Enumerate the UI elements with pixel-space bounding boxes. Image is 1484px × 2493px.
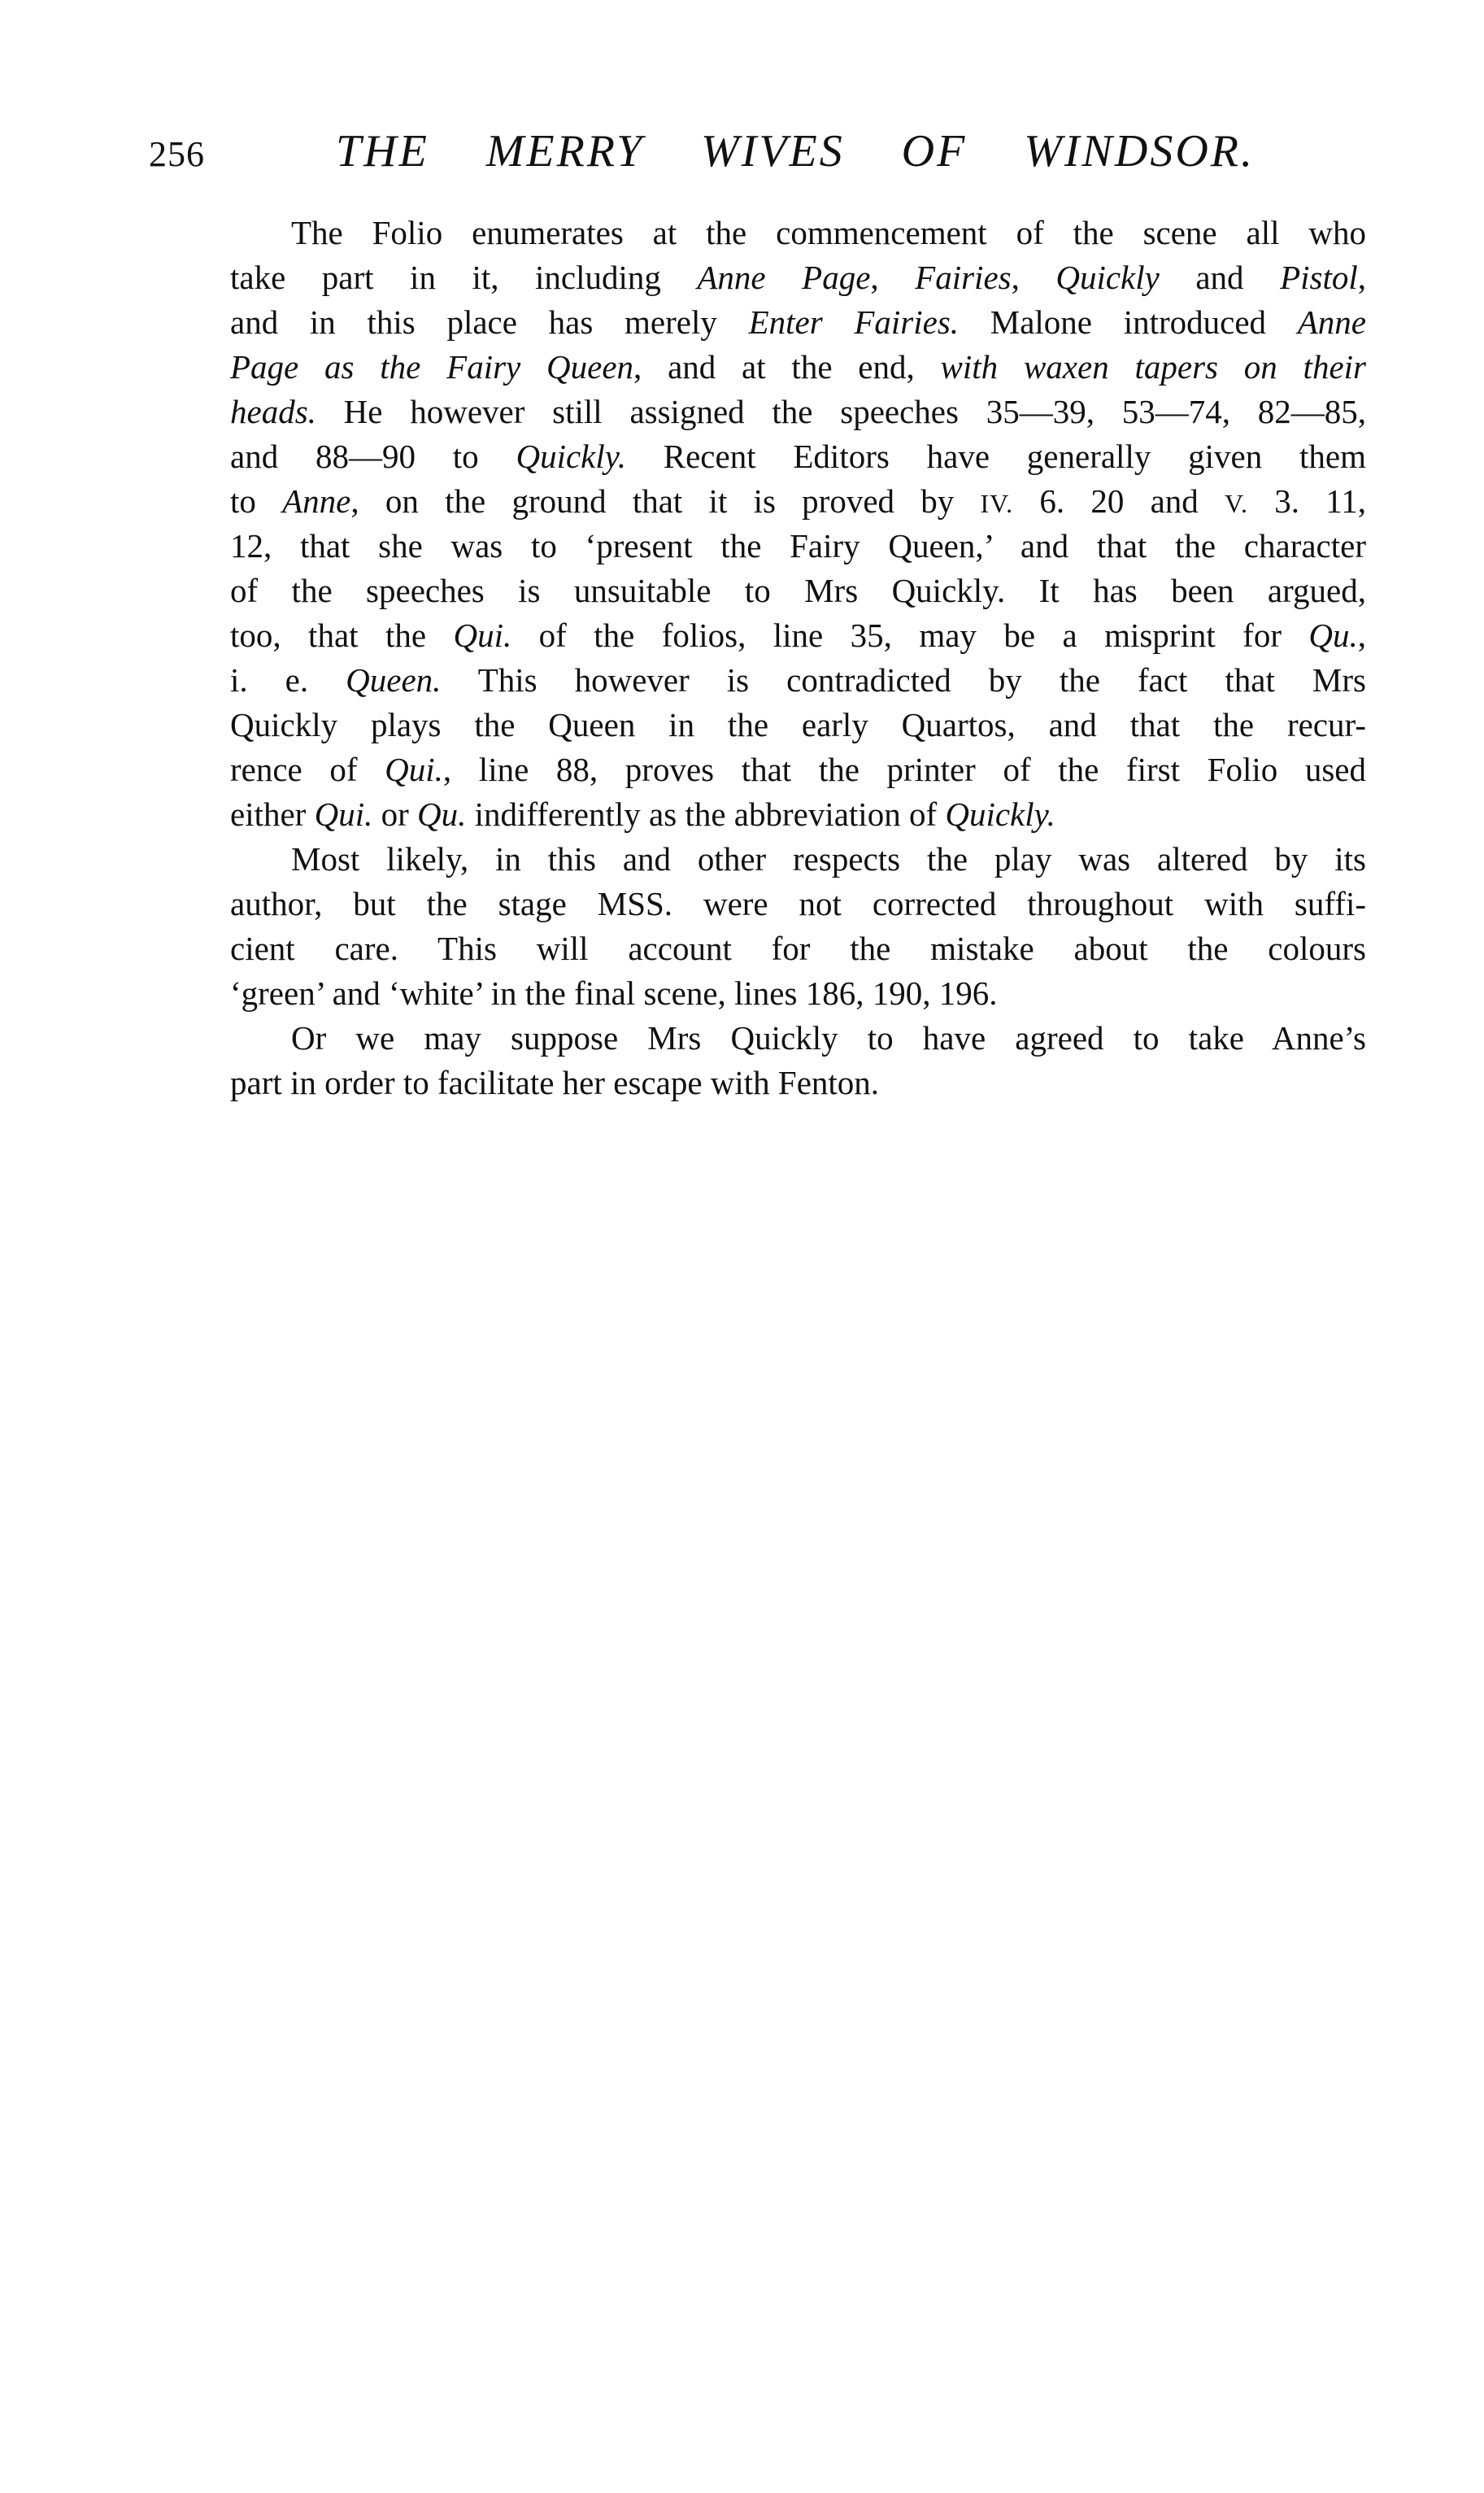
text-line: too, that the Qui. of the folios, line 3…	[230, 613, 1366, 658]
italic-segment: Queen.	[346, 661, 441, 699]
text-segment: , and at the end,	[633, 348, 941, 386]
text-line: Or we may suppose Mrs Quickly to have ag…	[230, 1016, 1366, 1061]
text-line: heads. He however still assigned the spe…	[230, 390, 1366, 434]
text-line: 12, that she was to ‘present the Fairy Q…	[230, 524, 1366, 569]
italic-segment: Quickly.	[945, 795, 1055, 833]
italic-segment: Qui.	[453, 617, 511, 654]
text-line: ‘green’ and ‘white’ in the final scene, …	[230, 971, 1366, 1016]
text-segment: This however is contradicted by the fact…	[441, 661, 1366, 699]
text-line: to Anne, on the ground that it is proved…	[230, 479, 1366, 524]
text-segment: indifferently as the abbreviation of	[466, 795, 945, 833]
text-line: rence of Qui., line 88, proves that the …	[230, 747, 1366, 792]
text-segment: of the folios, line 35, may be a misprin…	[511, 617, 1308, 654]
text-segment: The Folio enumerates at the commencement…	[291, 214, 1366, 251]
italic-segment: Anne Page	[697, 259, 870, 296]
text-line: i. e. Queen. This however is contradicte…	[230, 658, 1366, 703]
text-segment: 3. 11,	[1248, 482, 1366, 520]
text-segment: i. e.	[230, 661, 346, 699]
text-segment: and 88—90 to	[230, 438, 516, 475]
text-segment: , line 88, proves that the printer of th…	[443, 751, 1366, 788]
smallcaps-segment: IV.	[981, 489, 1014, 518]
paragraph-1: The Folio enumerates at the commencement…	[230, 211, 1366, 837]
text-segment: Recent Editors have generally given them	[626, 438, 1366, 475]
body-text: The Folio enumerates at the commencement…	[230, 211, 1366, 1105]
italic-segment: Qui.	[385, 751, 443, 788]
italic-segment: Enter Fairies.	[749, 303, 959, 341]
text-line: and 88—90 to Quickly. Recent Editors hav…	[230, 434, 1366, 479]
text-line: and in this place has merely Enter Fairi…	[230, 300, 1366, 345]
text-segment: either	[230, 795, 315, 833]
text-segment: ,	[1358, 259, 1366, 296]
text-line: Most likely, in this and other respects …	[230, 837, 1366, 882]
text-segment: of the speeches is unsuitable to Mrs Qui…	[230, 572, 1366, 609]
text-segment: Malone introduced	[959, 303, 1298, 341]
italic-segment: Qu.	[417, 795, 466, 833]
text-segment: and in this place has merely	[230, 303, 749, 341]
text-line: Page as the Fairy Queen, and at the end,…	[230, 345, 1366, 390]
text-segment: too, that the	[230, 617, 453, 654]
smallcaps-segment: V.	[1225, 489, 1248, 518]
italic-segment: Qui.	[315, 795, 373, 833]
text-segment: ,	[1012, 259, 1056, 296]
running-title: THE MERRY WIVES OF WINDSOR.	[336, 129, 1255, 174]
text-segment: He however still assigned the speeches 3…	[316, 393, 1366, 430]
text-segment: Quickly plays the Queen in the early Qua…	[230, 706, 1366, 743]
italic-segment: Page as the Fairy Queen	[230, 348, 633, 386]
text-segment: ‘green’ and ‘white’ in the final scene, …	[230, 974, 997, 1012]
italic-segment: with waxen tapers on their	[941, 348, 1366, 386]
italic-segment: Quickly.	[516, 438, 625, 475]
italic-segment: Quickly	[1055, 259, 1159, 296]
italic-segment: Pistol	[1280, 259, 1358, 296]
text-line: Quickly plays the Queen in the early Qua…	[230, 703, 1366, 747]
text-line: The Folio enumerates at the commencement…	[230, 211, 1366, 255]
italic-segment: Anne	[1298, 303, 1366, 341]
text-line: either Qui. or Qu. indifferently as the …	[230, 792, 1366, 837]
italic-segment: Anne	[282, 482, 350, 520]
text-segment: Most likely, in this and other respects …	[291, 840, 1366, 878]
text-segment: take part in it, including	[230, 259, 697, 296]
text-segment: to	[230, 482, 282, 520]
text-segment: author, but the stage MSS. were not corr…	[230, 885, 1366, 922]
paragraph-3: Or we may suppose Mrs Quickly to have ag…	[230, 1016, 1366, 1105]
text-line: of the speeches is unsuitable to Mrs Qui…	[230, 569, 1366, 613]
text-line: take part in it, including Anne Page, Fa…	[230, 255, 1366, 300]
text-segment: part in order to facilitate her escape w…	[230, 1064, 879, 1101]
text-segment: ,	[870, 259, 915, 296]
text-segment: or	[372, 795, 417, 833]
text-segment: , on the ground that it is proved by	[350, 482, 980, 520]
text-segment: ,	[1358, 617, 1366, 654]
text-segment: and	[1160, 259, 1280, 296]
text-segment: 12, that she was to ‘present the Fairy Q…	[230, 527, 1366, 564]
book-page: 256 THE MERRY WIVES OF WINDSOR. The Foli…	[0, 0, 1484, 2493]
text-segment: 6. 20 and	[1013, 482, 1225, 520]
italic-segment: Fairies	[915, 259, 1011, 296]
paragraph-2: Most likely, in this and other respects …	[230, 837, 1366, 1016]
text-segment: Or we may suppose Mrs Quickly to have ag…	[291, 1019, 1366, 1057]
text-line: cient care. This will account for the mi…	[230, 926, 1366, 971]
text-line: author, but the stage MSS. were not corr…	[230, 882, 1366, 926]
italic-segment: heads.	[230, 393, 316, 430]
text-line: part in order to facilitate her escape w…	[230, 1061, 1366, 1105]
page-number: 256	[149, 137, 205, 172]
text-segment: rence of	[230, 751, 385, 788]
text-segment: cient care. This will account for the mi…	[230, 930, 1366, 967]
italic-segment: Qu.	[1308, 617, 1357, 654]
